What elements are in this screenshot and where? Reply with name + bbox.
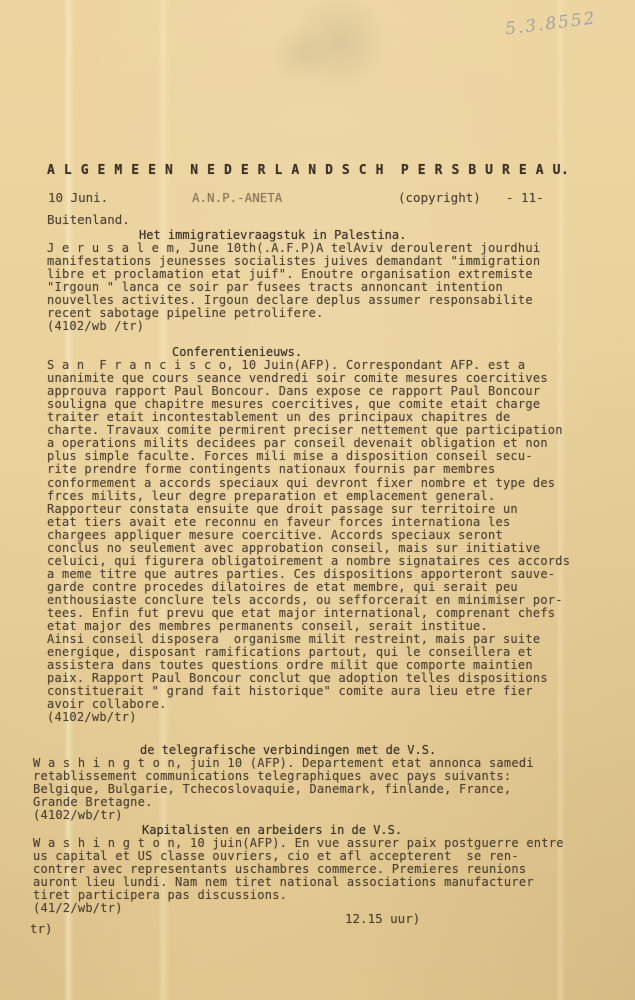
page-number: - 11- <box>506 190 544 205</box>
article-code: (4102/wb/tr) <box>47 711 622 724</box>
agency-title: A L G E M E E N N E D E R L A N D S C H … <box>47 163 569 178</box>
section-label: Buitenland. <box>47 212 130 227</box>
article-body: W a s h i n g t o n, 10 juin(AFP). En vu… <box>33 837 618 902</box>
article-code: (4102/wb/tr) <box>33 809 608 822</box>
footer-time: 12.15 uur) <box>345 911 420 926</box>
copyright-label: (copyright) <box>398 190 481 205</box>
article-kapitalisten: Kapitalisten en arbeiders in de V.S. W a… <box>33 824 618 915</box>
paper-background: 5.3.8552 A L G E M E E N N E D E R L A N… <box>0 0 635 1000</box>
article-code: (41/2/wb/tr) <box>33 902 618 915</box>
wire-code-label: A.N.P.-ANETA <box>192 190 282 205</box>
article-palestina: Het immigratievraagstuk in Palestina. J … <box>47 229 607 333</box>
footer-initials: tr) <box>30 921 53 936</box>
article-body: J e r u s a l e m, June 10th(.A.F.P)A te… <box>47 242 607 320</box>
article-body: W a s h i n g t o n, juin 10 (AFP). Depa… <box>33 757 608 809</box>
article-telegraph-links: de telegrafische verbindingen met de V.S… <box>33 744 608 822</box>
article-conferentienieuws: Conferentienieuws. S a n F r a n c i s c… <box>47 346 622 724</box>
date-label: 10 Juni. <box>48 190 108 205</box>
handwritten-archive-number: 5.3.8552 <box>504 8 597 39</box>
article-code: (4102/wb /tr) <box>47 320 607 333</box>
article-body: S a n F r a n c i s c o, 10 Juin(AFP). C… <box>47 359 622 711</box>
